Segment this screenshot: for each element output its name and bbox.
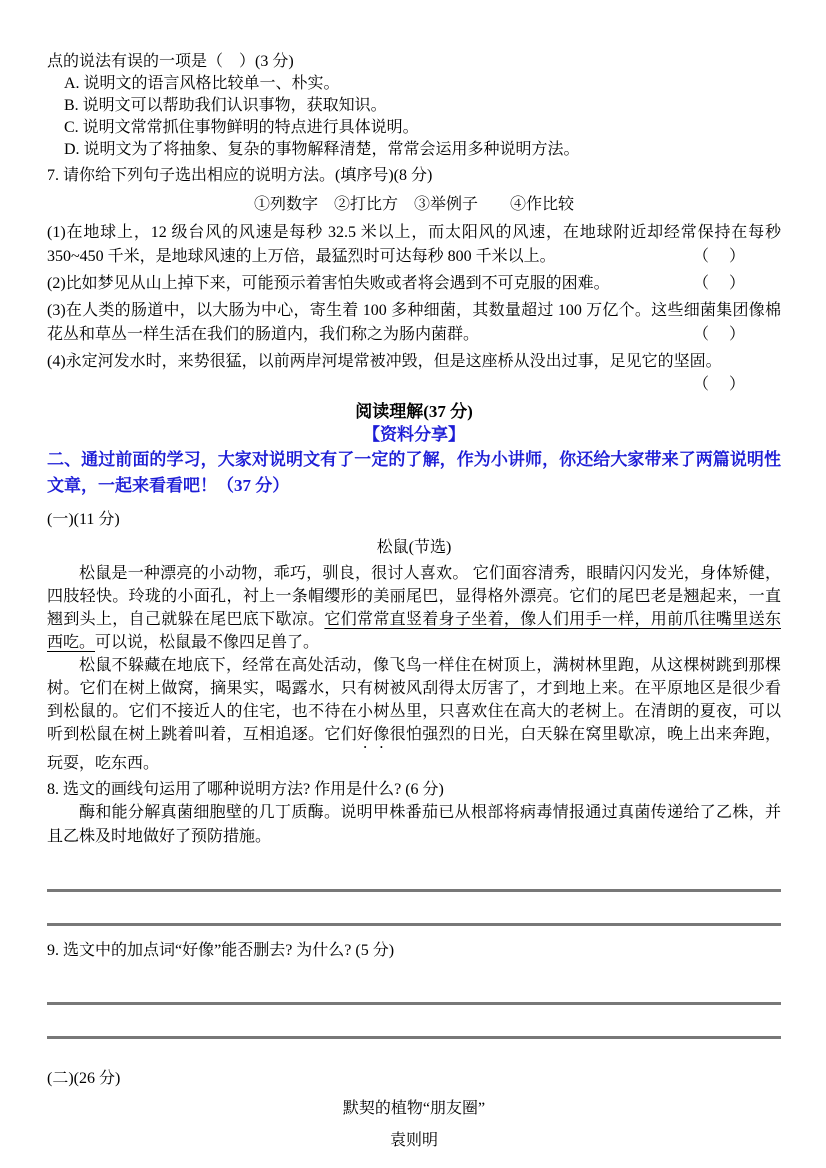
answer-blank-4: （ ） [693, 373, 747, 397]
question-7-stem: 7. 请你给下列句子选出相应的说明方法。(填序号)(8 分) [47, 164, 781, 187]
part-1-label: (一)(11 分) [47, 508, 781, 531]
method-item-2: (2)比如梦见从山上掉下来，可能预示着害怕失败或者将会遇到不可克服的困难。 （ … [47, 272, 781, 296]
method-item-1-text: (1)在地球上，12 级台风的风速是每秒 32.5 米以上，而太阳风的风速，在地… [47, 224, 781, 265]
method-item-2-text: (2)比如梦见从山上掉下来，可能预示着害怕失败或者将会遇到不可克服的困难。 [47, 275, 610, 292]
answer-blank-3: （ ） [693, 323, 747, 347]
answer-line [47, 858, 781, 892]
option-d: D. 说明文为了将抽象、复杂的事物解释清楚，常常会运用多种说明方法。 [47, 139, 781, 161]
share-tag: 【资料分享】 [47, 423, 781, 446]
para1-tail: 可以说，松鼠最不像四足兽了。 [95, 634, 319, 651]
question-8-stem: 8. 选文的画线句运用了哪种说明方法? 作用是什么? (6 分) [47, 778, 781, 801]
question-9-stem: 9. 选文中的加点词“好像”能否删去? 为什么? (5 分) [47, 939, 781, 962]
method-item-4-text: (4)永定河发水时，来势很猛，以前两岸河堤常被冲毁，但是这座桥从没出过事，足见它… [47, 353, 722, 370]
answer-blank-1: （ ） [693, 245, 747, 269]
answer-line [47, 971, 781, 1005]
option-c: C. 说明文常常抓住事物鲜明的特点进行具体说明。 [47, 117, 781, 139]
answer-line [47, 1005, 781, 1039]
answer-line [47, 892, 781, 926]
question-8-passage-text: 酶和能分解真菌细胞壁的几丁质酶。说明甲株番茄已从根部将病毒情报通过真菌传递给了乙… [47, 801, 781, 849]
option-b: B. 说明文可以帮助我们认识事物，获取知识。 [47, 95, 781, 117]
method-item-1: (1)在地球上，12 级台风的风速是每秒 32.5 米以上，而太阳风的风速，在地… [47, 221, 781, 269]
method-item-4: (4)永定河发水时，来势很猛，以前两岸河堤常被冲毁，但是这座桥从没出过事，足见它… [47, 350, 781, 397]
para2-emphasized-word: 好像 [357, 726, 390, 743]
passage-1-paragraph-2: 松鼠不躲藏在地底下，经常在高处活动，像飞鸟一样住在树顶上，满树林里跑，从这棵树跳… [47, 654, 781, 775]
question-9-answer-lines [47, 971, 781, 1039]
passage-2-author: 袁则明 [47, 1129, 781, 1152]
question-8-answer-lines [47, 858, 781, 926]
passage-1-title: 松鼠(节选) [47, 536, 781, 559]
section-title: 阅读理解(37 分) [47, 400, 781, 423]
passage-1-paragraph-1: 松鼠是一种漂亮的小动物，乖巧，驯良，很讨人喜欢。 它们面容清秀，眼睛闪闪发光，身… [47, 562, 781, 654]
method-item-3: (3)在人类的肠道中，以大肠为中心，寄生着 100 多种细菌，其数量超过 100… [47, 299, 781, 347]
passage-2-title: 默契的植物“朋友圈” [47, 1097, 781, 1120]
question-6-stem: 点的说法有误的一项是（ ）(3 分) [47, 50, 781, 73]
answer-blank-2: （ ） [693, 272, 747, 296]
exam-page: 点的说法有误的一项是（ ）(3 分) A. 说明文的语言风格比较单一、朴实。 B… [0, 0, 826, 1168]
method-item-3-text: (3)在人类的肠道中，以大肠为中心，寄生着 100 多种细菌，其数量超过 100… [47, 302, 781, 343]
question-6-options: A. 说明文的语言风格比较单一、朴实。 B. 说明文可以帮助我们认识事物，获取知… [47, 73, 781, 161]
option-a: A. 说明文的语言风格比较单一、朴实。 [47, 73, 781, 95]
method-choices: ①列数字 ②打比方 ③举例子 ④作比较 [47, 193, 781, 216]
section-intro: 二、通过前面的学习，大家对说明文有了一定的了解，作为小讲师，你还给大家带来了两篇… [47, 447, 781, 499]
part-2-label: (二)(26 分) [47, 1067, 781, 1090]
